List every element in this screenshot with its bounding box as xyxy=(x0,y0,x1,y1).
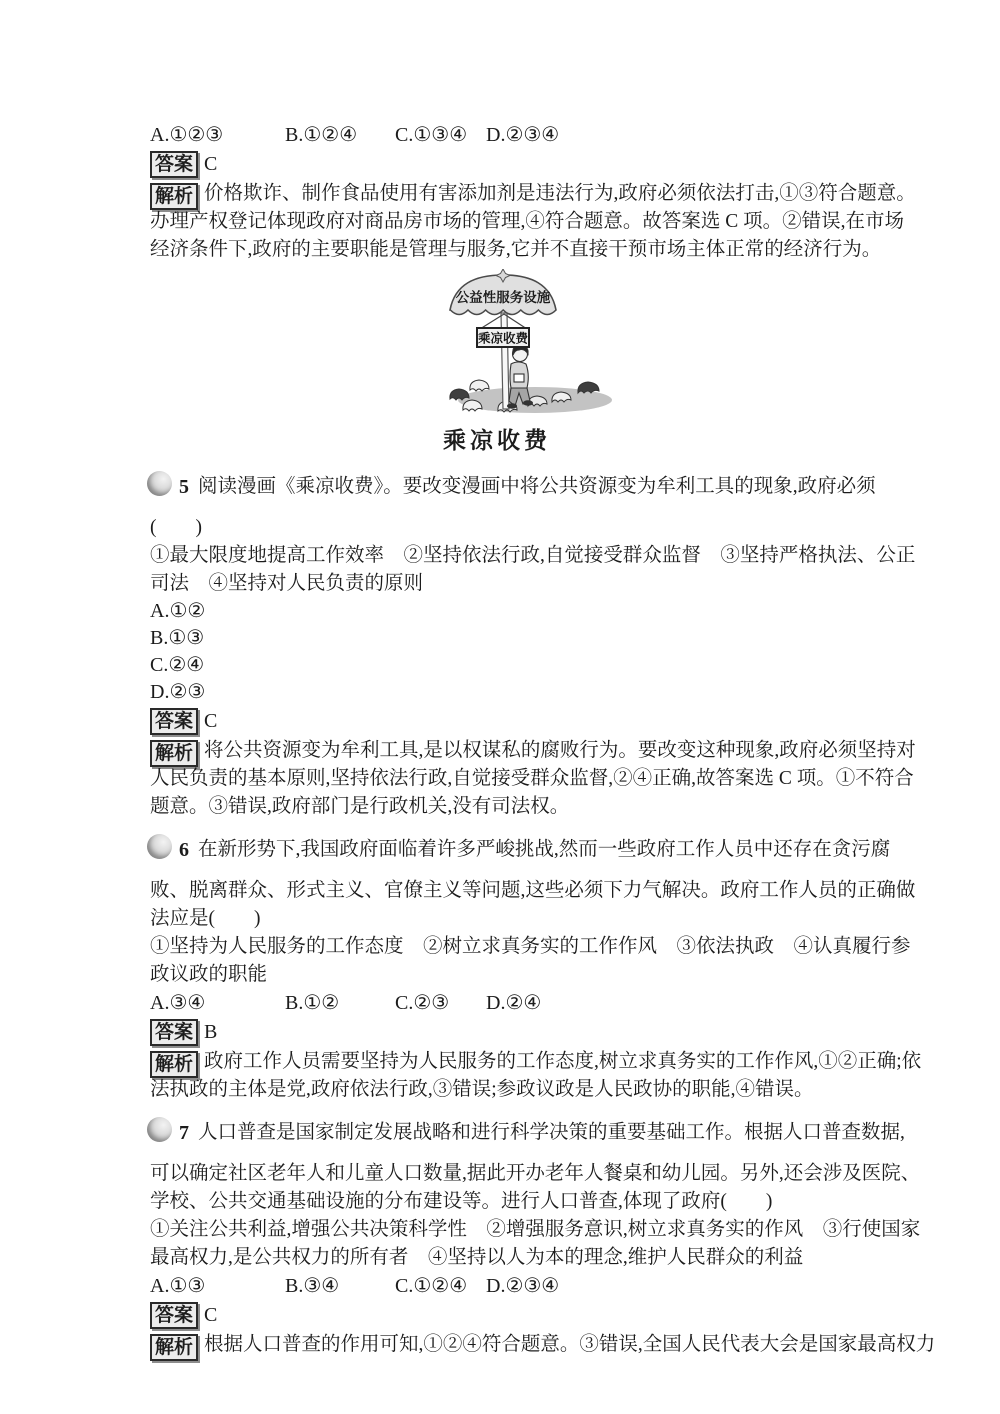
rock xyxy=(470,380,489,391)
question-stem: 人口普查是国家制定发展战略和进行科学决策的重要基础工作。根据人口普查数据, xyxy=(198,1119,905,1147)
question5-answer-row: 答案 C xyxy=(150,706,865,737)
question-number: 5 xyxy=(179,473,189,501)
question-stem: 政议政的职能 xyxy=(150,961,865,989)
question-stem: ( ) xyxy=(150,514,865,542)
choice-a: A.①② xyxy=(150,598,865,625)
choice-d: D.②③④ xyxy=(486,1272,559,1300)
choice-c: C.②③ xyxy=(395,989,486,1017)
choice-a: A.①③ xyxy=(150,1272,285,1300)
answer-value: C xyxy=(204,153,217,176)
page-content: A.①②③ B.①②④ C.①③④ D.②③④ 答案 C 解析价格欺诈、制作食品… xyxy=(150,121,865,1359)
question-stem: 阅读漫画《乘凉收费》。要改变漫画中将公共资源变为牟利工具的现象,政府必须 xyxy=(198,473,876,501)
umbrella-text: 公益性服务设施 xyxy=(456,289,551,305)
umbrella-cartoon-illustration: 乘凉收费 公益性服务设施 xyxy=(443,269,623,419)
question-number: 6 xyxy=(179,836,189,864)
choice-d: D.②④ xyxy=(486,989,541,1017)
question-bullet-icon xyxy=(147,471,172,496)
question6: 6 在新形势下,我国政府面临着许多严峻挑战,然而一些政府工作人员中还存在贪污腐 … xyxy=(150,836,865,1104)
question-stem: 在新形势下,我国政府面临着许多严峻挑战,然而一些政府工作人员中还存在贪污腐 xyxy=(198,836,890,864)
question-bullet-icon xyxy=(147,834,172,859)
choice-a: A.①②③ xyxy=(150,121,285,149)
question-stem: 最高权力,是公共权力的所有者 ④坚持以人为本的理念,维护人民群众的利益 xyxy=(150,1244,865,1272)
person-paper xyxy=(514,374,524,382)
question-stem: ①最大限度地提高工作效率 ②坚持依法行政,自觉接受群众监督 ③坚持严格执法、公正 xyxy=(150,542,865,570)
choice-c: C.①②④ xyxy=(395,1272,486,1300)
question7-answer-row: 答案 C xyxy=(150,1300,865,1331)
question-stem: 学校、公共交通基础设施的分布建设等。进行人口普查,体现了政府( ) xyxy=(150,1188,865,1216)
question6-choices-row: A.③④ B.①② C.②③ D.②④ xyxy=(150,989,865,1017)
answer-tag: 答案 xyxy=(150,708,198,735)
analysis-text: 法执政的主体是党,政府依法行政,③错误;参政议政是人民政协的职能,④错误。 xyxy=(150,1076,865,1104)
question6-answer-row: 答案 B xyxy=(150,1017,865,1048)
question-stem: ①关注公共利益,增强公共决策科学性 ②增强服务意识,树立求真务实的作风 ③行使国… xyxy=(150,1216,865,1244)
question-stem: 败、脱离群众、形式主义、官僚主义等问题,这些必须下力气解决。政府工作人员的正确做 xyxy=(150,877,865,905)
question-stem: ①坚持为人民服务的工作态度 ②树立求真务实的工作作风 ③依法执政 ④认真履行参 xyxy=(150,933,865,961)
question7: 7 人口普查是国家制定发展战略和进行科学决策的重要基础工作。根据人口普查数据, … xyxy=(150,1119,865,1359)
question-stem: 司法 ④坚持对人民负责的原则 xyxy=(150,570,865,598)
analysis-tag: 解析 xyxy=(150,1334,198,1361)
choice-b: B.③④ xyxy=(285,1272,395,1300)
answer-tag: 答案 xyxy=(150,1019,198,1046)
analysis-text: 将公共资源变为牟利工具,是以权谋私的腐败行为。要改变这种现象,政府必须坚持对 xyxy=(204,740,916,761)
choice-c: C.①③④ xyxy=(395,121,486,149)
choice-c: C.②④ xyxy=(150,652,865,679)
analysis-text: 根据人口普查的作用可知,①②④符合题意。③错误,全国人民代表大会是国家最高权力 xyxy=(204,1334,935,1355)
question-number: 7 xyxy=(179,1119,189,1147)
answer-tag: 答案 xyxy=(150,151,198,178)
answer-value: B xyxy=(204,1021,217,1044)
choice-d: D.②③ xyxy=(150,679,865,706)
sign-text: 乘凉收费 xyxy=(478,331,529,346)
answer-tag: 答案 xyxy=(150,1302,198,1329)
person-shoe xyxy=(508,404,517,408)
choice-b: B.①③ xyxy=(150,625,865,652)
question-stem: 可以确定社区老年人和儿童人口数量,据此开办老年人餐桌和幼儿园。另外,还会涉及医院… xyxy=(150,1160,865,1188)
analysis-tag: 解析 xyxy=(150,1051,198,1078)
cartoon-figure: 乘凉收费 公益性服务设施 乘凉收费 xyxy=(443,269,623,455)
analysis-tag: 解析 xyxy=(150,740,198,767)
question-stem: 法应是( ) xyxy=(150,905,865,933)
person-shoe xyxy=(524,401,533,405)
analysis-text: 题意。③错误,政府部门是行政机关,没有司法权。 xyxy=(150,793,865,821)
analysis-text: 人民负责的基本原则,坚持依法行政,自觉接受群众监督,②④正确,故答案选 C 项。… xyxy=(150,765,865,793)
rock xyxy=(578,382,599,393)
question4-answer-row: 答案 C xyxy=(150,149,865,180)
question5: 5 阅读漫画《乘凉收费》。要改变漫画中将公共资源变为牟利工具的现象,政府必须 (… xyxy=(150,473,865,821)
question4-choices-row: A.①②③ B.①②④ C.①③④ D.②③④ xyxy=(150,121,865,149)
analysis-text: 政府工作人员需要坚持为人民服务的工作态度,树立求真务实的工作作风,①②正确;依 xyxy=(204,1051,921,1072)
cartoon-caption: 乘凉收费 xyxy=(443,422,623,455)
choice-d: D.②③④ xyxy=(486,121,559,149)
question-bullet-icon xyxy=(147,1117,172,1142)
sign-string xyxy=(480,314,504,329)
worksheet-page: A.①②③ B.①②④ C.①③④ D.②③④ 答案 C 解析价格欺诈、制作食品… xyxy=(0,0,1000,1414)
analysis-text: 办理产权登记体现政府对商品房市场的管理,④符合题意。故答案选 C 项。②错误,在… xyxy=(150,208,865,236)
question5-head: 5 阅读漫画《乘凉收费》。要改变漫画中将公共资源变为牟利工具的现象,政府必须 xyxy=(150,473,865,503)
answer-value: C xyxy=(204,1304,217,1327)
question7-choices-row: A.①③ B.③④ C.①②④ D.②③④ xyxy=(150,1272,865,1300)
choice-b: B.①②④ xyxy=(285,121,395,149)
answer-value: C xyxy=(204,710,217,733)
choice-b: B.①② xyxy=(285,989,395,1017)
choice-a: A.③④ xyxy=(150,989,285,1017)
question6-head: 6 在新形势下,我国政府面临着许多严峻挑战,然而一些政府工作人员中还存在贪污腐 xyxy=(150,836,865,866)
analysis-text: 经济条件下,政府的主要职能是管理与服务,它并不直接干预市场主体正常的经济行为。 xyxy=(150,236,865,264)
question4-analysis: 解析价格欺诈、制作食品使用有害添加剂是违法行为,政府必须依法打击,①③符合题意。… xyxy=(150,180,865,264)
analysis-text: 价格欺诈、制作食品使用有害添加剂是违法行为,政府必须依法打击,①③符合题意。 xyxy=(204,183,916,204)
question7-head: 7 人口普查是国家制定发展战略和进行科学决策的重要基础工作。根据人口普查数据, xyxy=(150,1119,865,1149)
analysis-tag: 解析 xyxy=(150,183,198,210)
